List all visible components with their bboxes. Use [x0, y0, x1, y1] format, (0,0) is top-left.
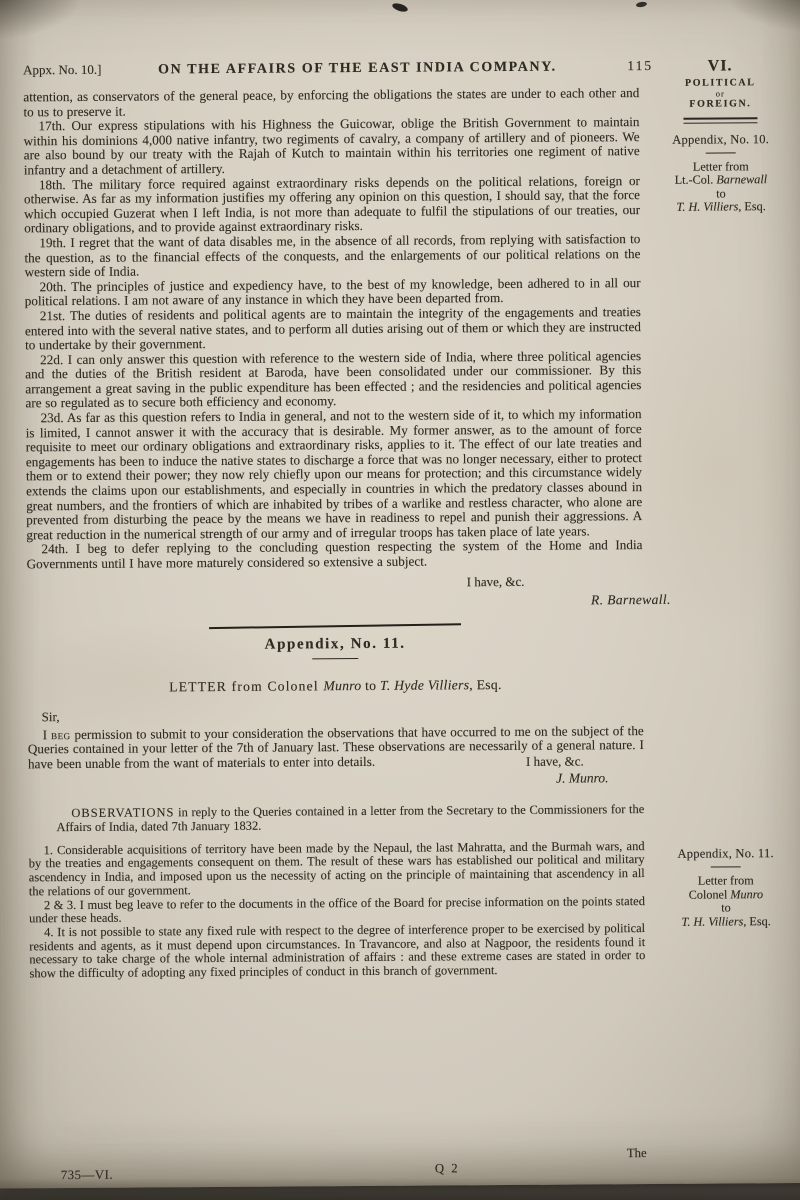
margin-note-letter-from-munro: Letter from Colonel Munro to T. H. Villi… [653, 874, 799, 929]
printers-signature-mark: Q 2 [435, 1161, 460, 1176]
page-content: Appx. No. 10.] ON THE AFFAIRS OF THE EAS… [0, 0, 800, 1200]
margin-rule [706, 152, 736, 153]
volume-mark: 735—VI. [61, 1168, 113, 1183]
appendix-11-heading: Appendix, No. 11. [27, 634, 643, 655]
paragraph: 23d. As far as this question refers to I… [26, 407, 643, 543]
sender-rank: Lt.-Col. [675, 173, 717, 187]
signature-munro: J. Munro. [556, 771, 608, 787]
letter-heading-mid: to [361, 677, 380, 692]
sender-rank: Colonel [689, 887, 731, 901]
letter-heading-suffix: , Esq. [469, 677, 501, 692]
main-text-column: attention, as conservators of the genera… [23, 86, 645, 981]
sender-name: Munro [730, 887, 763, 901]
signature-barnewall: R. Barnewall. [27, 591, 671, 611]
paragraph: 4. It is not possible to state any fixed… [29, 922, 645, 981]
margin-appendix-10-label: Appendix, No. 10. [648, 132, 794, 148]
paragraph: 24th. I beg to defer replying to the con… [26, 538, 642, 571]
paragraph: 22d. I can only answer this question wit… [25, 349, 641, 412]
double-rule [683, 117, 757, 123]
recipient-name: T. H. Villiers [681, 914, 743, 928]
margin-note-section: VI. POLITICAL or FOREIGN. Appendix, No. … [647, 57, 794, 215]
paragraph: 18th. The military force required agains… [24, 174, 640, 237]
letter-heading-prefix: LETTER from Colonel [169, 678, 323, 694]
letter-heading-name-munro: Munro [323, 678, 361, 693]
running-head: Appx. No. 10.] ON THE AFFAIRS OF THE EAS… [23, 58, 653, 79]
recipient-name: T. H. Villiers [676, 200, 738, 214]
letter-closing-block: I have, &c. J. Munro. [28, 767, 644, 807]
observations-heading-lead: OBSERVATIONS [71, 806, 174, 821]
margin-notes-column: VI. POLITICAL or FOREIGN. Appendix, No. … [647, 0, 800, 1198]
paragraph: 1. Considerable acquisitions of territor… [29, 840, 645, 899]
margin-note-letter-from-barnewall: Letter from Lt.-Col. Barnewall to T. H. … [648, 160, 794, 215]
margin-recipient: T. H. Villiers, Esq. [653, 915, 799, 930]
section-label-foreign: FOREIGN. [647, 98, 793, 110]
paragraph: 21st. The duties of residents and politi… [25, 305, 641, 353]
sender-name: Barnewall [716, 172, 767, 186]
section-divider-rule [209, 623, 461, 629]
page-footer: 735—VI. Q 2 [31, 1156, 647, 1184]
margin-recipient: T. H. Villiers, Esq. [648, 200, 794, 215]
paragraph: 19th. I regret that the want of data dis… [24, 232, 640, 280]
letter-body-smallcaps: beg [51, 727, 71, 742]
margin-appendix-11-label: Appendix, No. 11. [653, 846, 799, 862]
volume-numeral: VI. [647, 57, 793, 76]
margin-note-appendix-11: Appendix, No. 11. Letter from Colonel Mu… [653, 846, 800, 929]
valediction: I have, &c. [27, 573, 643, 593]
margin-rule [711, 866, 741, 867]
scanned-page: Appx. No. 10.] ON THE AFFAIRS OF THE EAS… [0, 0, 800, 1200]
observations-section: OBSERVATIONS in reply to the Queries con… [28, 803, 645, 981]
appendix-reference: Appx. No. 10.] [23, 62, 101, 79]
letter-heading-name-villiers: T. Hyde Villiers [380, 677, 469, 693]
recipient-suffix: , Esq. [743, 914, 771, 928]
paragraph: 17th. Our express stipulations with his … [23, 115, 639, 178]
page-title: ON THE AFFAIRS OF THE EAST INDIA COMPANY… [101, 59, 613, 79]
valediction: I have, &c. [526, 754, 584, 770]
letter-heading: LETTER from Colonel Munro to T. Hyde Vil… [27, 676, 643, 696]
recipient-suffix: , Esq. [738, 200, 766, 214]
heading-rule [312, 658, 358, 659]
salutation: Sir, [28, 705, 644, 725]
observations-heading: OBSERVATIONS in reply to the Queries con… [28, 803, 644, 835]
